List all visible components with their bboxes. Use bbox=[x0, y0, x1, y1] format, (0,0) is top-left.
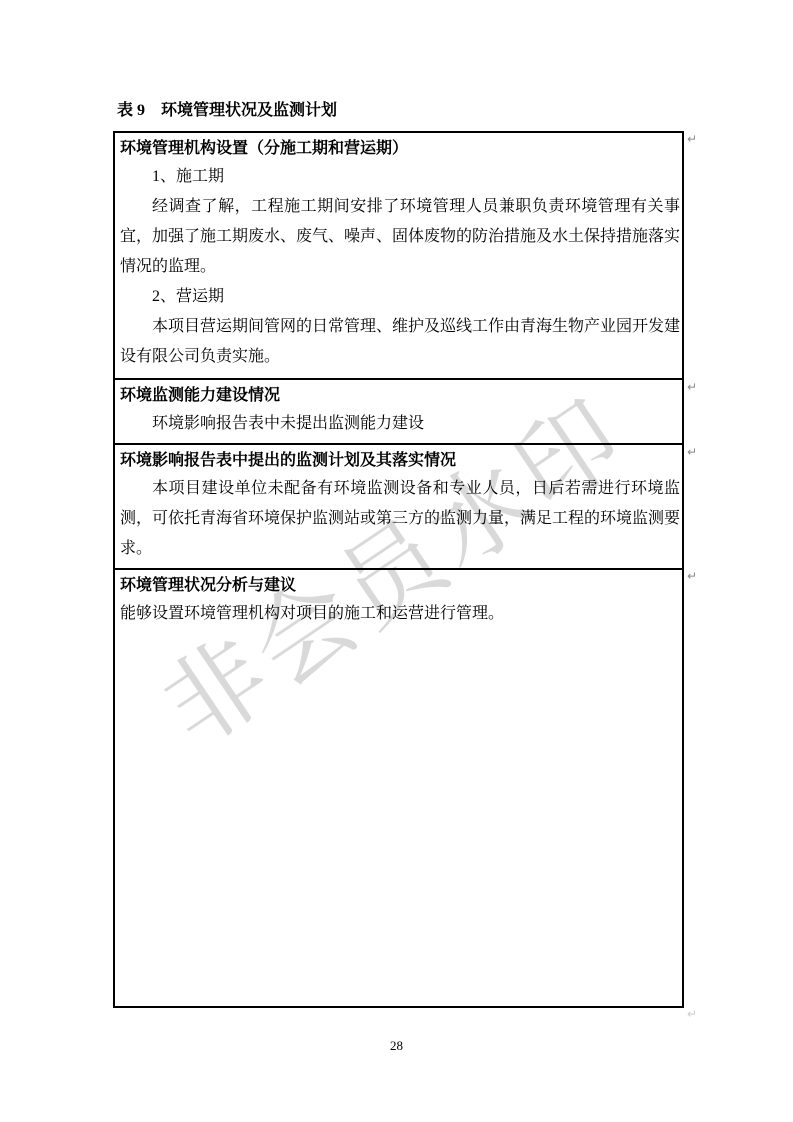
page-number: 28 bbox=[0, 1038, 793, 1054]
paragraph: 1、施工期 bbox=[120, 162, 680, 192]
paragraph: 本项目建设单位未配备有环境监测设备和专业人员，日后若需进行环境监测，可依托青海省… bbox=[120, 474, 680, 564]
row-heading: 环境管理机构设置（分施工期和营运期） bbox=[120, 136, 680, 162]
report-table: 环境管理机构设置（分施工期和营运期） 1、施工期 经调查了解，工程施工期间安排了… bbox=[113, 131, 684, 1008]
paragraph: 2、营运期 bbox=[120, 282, 680, 312]
row-heading: 环境影响报告表中提出的监测计划及其落实情况 bbox=[120, 448, 680, 474]
paragraph: 本项目营运期间管网的日常管理、维护及巡线工作由青海生物产业园开发建设有限公司负责… bbox=[120, 312, 680, 372]
document-page: 非会员水印 表 9 环境管理状况及监测计划 环境管理机构设置（分施工期和营运期）… bbox=[0, 0, 793, 1122]
table-row-management-setup: 环境管理机构设置（分施工期和营运期） 1、施工期 经调查了解，工程施工期间安排了… bbox=[115, 133, 682, 380]
row-heading: 环境管理状况分析与建议 bbox=[120, 573, 680, 599]
paragraph-mark-icon: ↵ bbox=[687, 1008, 697, 1020]
row-end-mark-icon: ↵ bbox=[687, 570, 697, 582]
paragraph: 环境影响报告表中未提出监测能力建设 bbox=[120, 409, 680, 439]
paragraph: 能够设置环境管理机构对项目的施工和运营进行管理。 bbox=[120, 599, 680, 629]
row-end-mark-icon: ↵ bbox=[687, 381, 697, 393]
row-heading: 环境监测能力建设情况 bbox=[120, 383, 680, 409]
page-title: 表 9 环境管理状况及监测计划 bbox=[117, 99, 337, 123]
table-row-analysis-suggestions: 环境管理状况分析与建议 能够设置环境管理机构对项目的施工和运营进行管理。 bbox=[115, 570, 682, 1006]
row-end-mark-icon: ↵ bbox=[687, 446, 697, 458]
paragraph: 经调查了解，工程施工期间安排了环境管理人员兼职负责环境管理有关事宜，加强了施工期… bbox=[120, 192, 680, 282]
page-content: 表 9 环境管理状况及监测计划 环境管理机构设置（分施工期和营运期） 1、施工期… bbox=[0, 0, 793, 1122]
table-row-monitoring-capacity: 环境监测能力建设情况 环境影响报告表中未提出监测能力建设 bbox=[115, 380, 682, 445]
row-end-mark-icon: ↵ bbox=[687, 133, 697, 145]
table-row-monitoring-plan: 环境影响报告表中提出的监测计划及其落实情况 本项目建设单位未配备有环境监测设备和… bbox=[115, 445, 682, 570]
